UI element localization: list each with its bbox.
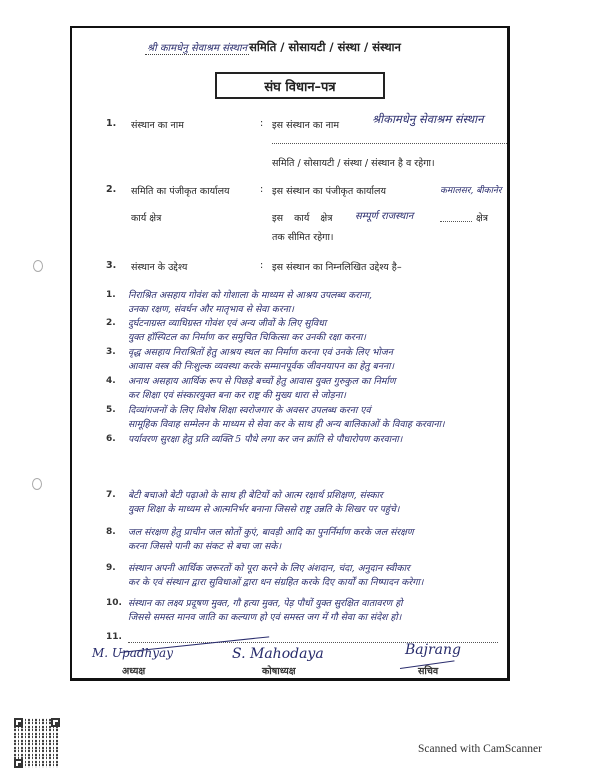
field-2-prefix: इस संस्थान का पंजीकृत कार्यालय [272, 184, 386, 197]
field-3-text: इस संस्थान का निम्नलिखित उद्देश्य है– [272, 260, 402, 273]
field-1-handwritten-name: श्रीकामधेनु सेवाश्रम संस्थान [372, 112, 483, 127]
treasurer-label: कोषाध्यक्ष [262, 664, 296, 677]
objective-line: अनाथ असहाय आर्थिक रूप से पिछड़े बच्चों ह… [128, 374, 513, 387]
objective-number: 10. [106, 598, 122, 608]
objective-number: 4. [106, 376, 116, 386]
objective-number: 5. [106, 405, 116, 415]
document-title-text: संघ विधान–पत्र [264, 77, 335, 95]
objective-line: सामूहिक विवाह सम्मेलन के माध्यम से सेवा … [128, 417, 513, 430]
secretary-signature: Bajrang [405, 642, 461, 658]
field-2-colon: : [260, 184, 263, 195]
field-3-label: संस्थान के उद्देश्य [131, 260, 187, 273]
org-types: समिति / सोसायटी / संस्था / संस्थान [249, 40, 401, 54]
field-1-dotted-line [272, 143, 507, 144]
field-1-number: 1. [106, 118, 116, 129]
objective-number: 1. [106, 290, 116, 300]
objective-line: जल संरक्षण हेतु प्राचीन जल स्रोतों कुएं,… [128, 525, 513, 538]
objective-line: वृद्ध असहाय निराश्रितों हेतु आश्रय स्थल … [128, 345, 513, 358]
field-2-handwritten-area: सम्पूर्ण राजस्थान [355, 208, 413, 222]
objective-line: उनका रक्षण, संवर्धन और मातृभाव से सेवा क… [128, 302, 513, 315]
objective-line: दुर्घटनाग्रस्त व्याधिग्रस्त गोवंश एवं अन… [128, 316, 513, 329]
document-title: संघ विधान–पत्र [215, 72, 385, 99]
punch-hole-mark-top [33, 260, 43, 272]
objective-number: 2. [106, 318, 116, 328]
objective-number: 11. [106, 632, 122, 642]
objective-line: कर शिक्षा एवं संस्कारयुक्त बना कर राष्ट्… [128, 388, 513, 401]
objective-line: दिव्यांगजनों के लिए विशेष शिक्षा स्वरोजग… [128, 403, 513, 416]
qr-code-icon [14, 718, 60, 768]
field-1-suffix: समिति / सोसायटी / संस्था / संस्थान है व … [272, 156, 435, 169]
objective-number: 3. [106, 347, 116, 357]
objective-line: जिससे समस्त मानव जाति का कल्याण हो एवं स… [128, 610, 513, 623]
camscanner-watermark: Scanned with CamScanner [418, 743, 542, 755]
header-org-line: श्री कामधेनु सेवाश्रम संस्थानसमिति / सोस… [145, 40, 401, 55]
objective-line: करना जिससे पानी का संकट से बचा जा सके। [128, 539, 513, 552]
field-1-colon: : [260, 118, 263, 129]
handwritten-org-name: श्री कामधेनु सेवाश्रम संस्थान [145, 40, 249, 55]
president-signature: M. Upadhyay [92, 646, 173, 660]
objective-line: निराश्रित असहाय गोवंश को गोशाला के माध्य… [128, 288, 513, 301]
field-2-number: 2. [106, 184, 116, 195]
objective-number: 7. [106, 490, 116, 500]
objective-line: बेटी बचाओ बेटी पढ़ाओ के साथ ही बेटियों क… [128, 488, 513, 501]
objective-line: युक्त हॉस्पिटल का निर्माण कर समुचित चिकि… [128, 330, 513, 343]
treasurer-signature: S. Mahodaya [232, 646, 324, 662]
field-2-label: समिति का पंजीकृत कार्यालय [131, 184, 230, 197]
field-2-area-end: तक सीमित रहेगा। [272, 230, 334, 243]
field-2-handwritten-office: कमालसर, बीकानेर [440, 183, 502, 196]
secretary-label: सचिव [418, 664, 438, 677]
objective-line: आवास वस्त्र की निःशुल्क व्यवस्था करके सम… [128, 359, 513, 372]
field-1-label: संस्थान का नाम [131, 118, 184, 131]
objective-line: कर के एवं संस्थान द्वारा सुविधाओं द्वारा… [128, 575, 513, 588]
punch-hole-mark-bottom [32, 478, 42, 490]
objective-number: 6. [106, 434, 116, 444]
field-2-area-suffix: क्षेत्र [476, 211, 488, 224]
objective-number: 8. [106, 527, 116, 537]
field-1-prefix: इस संस्थान का नाम [272, 118, 339, 131]
field-2-area-prefix: इस कार्य क्षेत्र [272, 211, 332, 224]
objective-line: संस्थान का लक्ष्य प्रदूषण मुक्त, गौ हत्य… [128, 596, 513, 609]
field-3-colon: : [260, 260, 263, 271]
objective-number: 9. [106, 563, 116, 573]
objective-line: संस्थान अपनी आर्थिक जरूरतों को पूरा करने… [128, 561, 513, 574]
objective-line: युक्त शिक्षा के माध्यम से आत्मनिर्भर बना… [128, 502, 513, 515]
president-label: अध्यक्ष [122, 664, 145, 677]
field-3-number: 3. [106, 260, 116, 271]
field-2-sub-label: कार्य क्षेत्र [131, 211, 161, 224]
objective-line: पर्यावरण सुरक्षा हेतु प्रति व्यक्ति 5 पौ… [128, 432, 513, 445]
field-2-area-dots [440, 221, 472, 222]
